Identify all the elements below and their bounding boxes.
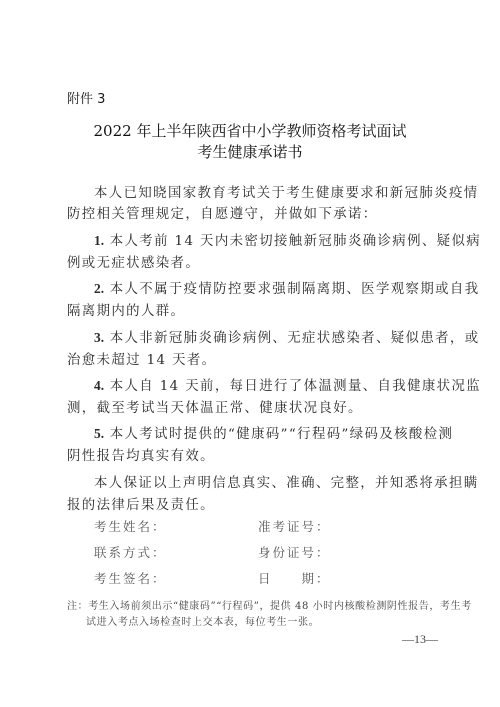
pledge-line: 4. 本人自 14 天前，每日进行了体温测量、自我健康状况监 (94, 375, 437, 394)
intro-line1: 本人已知晓国家教育考试关于考生健康要求和新冠肺炎疫情 (94, 182, 437, 201)
date-field-label: 日 期： (258, 569, 331, 587)
attachment-label: 附件 3 (67, 88, 105, 107)
pledge-line: 例或无症状感染者。 (67, 252, 200, 271)
pledge-line: 3. 本人非新冠肺炎确诊病例、无症状感染者、疑似患者，或 (94, 327, 437, 346)
pledge-line: 5. 本人考试时提供的“健康码”“行程码”绿码及核酸检测 (94, 423, 437, 442)
intro-line2: 防控相关管理规定，自愿遵守，并做如下承诺： (67, 203, 378, 222)
pledge-line: 测，截至考试当天体温正常、健康状况良好。 (67, 397, 363, 416)
guarantee-line2: 报的法律后果及责任。 (67, 494, 215, 513)
document-title-line2: 考生健康承诺书 (0, 141, 500, 162)
name-field-label: 考生姓名： (94, 517, 167, 535)
footnote-line2: 试进入考点入场检查时上交本表，每位考生一张。 (86, 613, 319, 628)
pledge-line: 治愈未超过 14 天者。 (67, 349, 216, 368)
pledge-line: 阴性报告均真实有效。 (67, 445, 215, 464)
footnote-line1: 注：考生入场前须出示“健康码”“行程码”，提供 48 小时内核酸检测阴性报告，考… (67, 597, 472, 612)
guarantee-line1: 本人保证以上声明信息真实、准确、完整，并知悉将承担瞒 (94, 472, 437, 491)
admission-number-label: 准考证号： (258, 517, 331, 535)
pledge-line: 2. 本人不属于疫情防控要求强制隔离期、医学观察期或自我 (94, 278, 437, 297)
signature-field-label: 考生签名： (94, 569, 167, 587)
id-number-label: 身份证号： (258, 543, 331, 561)
pledge-line: 隔离期内的人群。 (67, 300, 185, 319)
contact-field-label: 联系方式： (94, 543, 167, 561)
document-title-line1: 2022 年上半年陕西省中小学教师资格考试面试 (0, 120, 500, 141)
page-number: —13— (402, 632, 438, 647)
pledge-line: 1. 本人考前 14 天内未密切接触新冠肺炎确诊病例、疑似病 (94, 230, 437, 249)
